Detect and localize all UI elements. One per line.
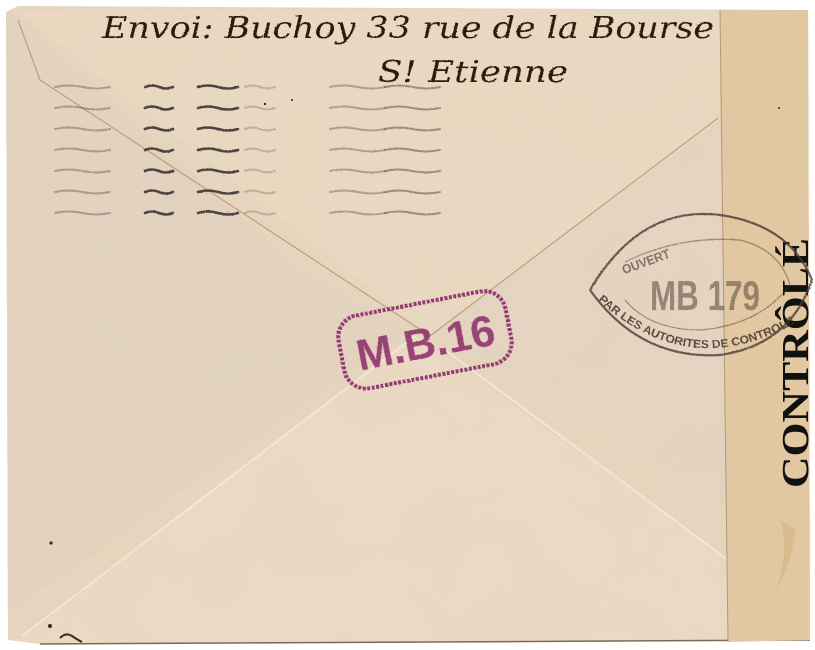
censor-tape: CONTRÔLÉ — [720, 10, 815, 642]
censor-stamp-oval-center: MB 179 — [650, 272, 760, 319]
censor-tape-label: CONTRÔLÉ — [774, 238, 815, 488]
sender-note-line2: S! Etienne — [378, 55, 568, 90]
sender-note-line1: Envoi: Buchoy 33 rue de la Bourse — [101, 11, 714, 46]
envelope-back-photo: Envoi: Buchoy 33 rue de la Bourse S! Eti… — [0, 0, 815, 650]
